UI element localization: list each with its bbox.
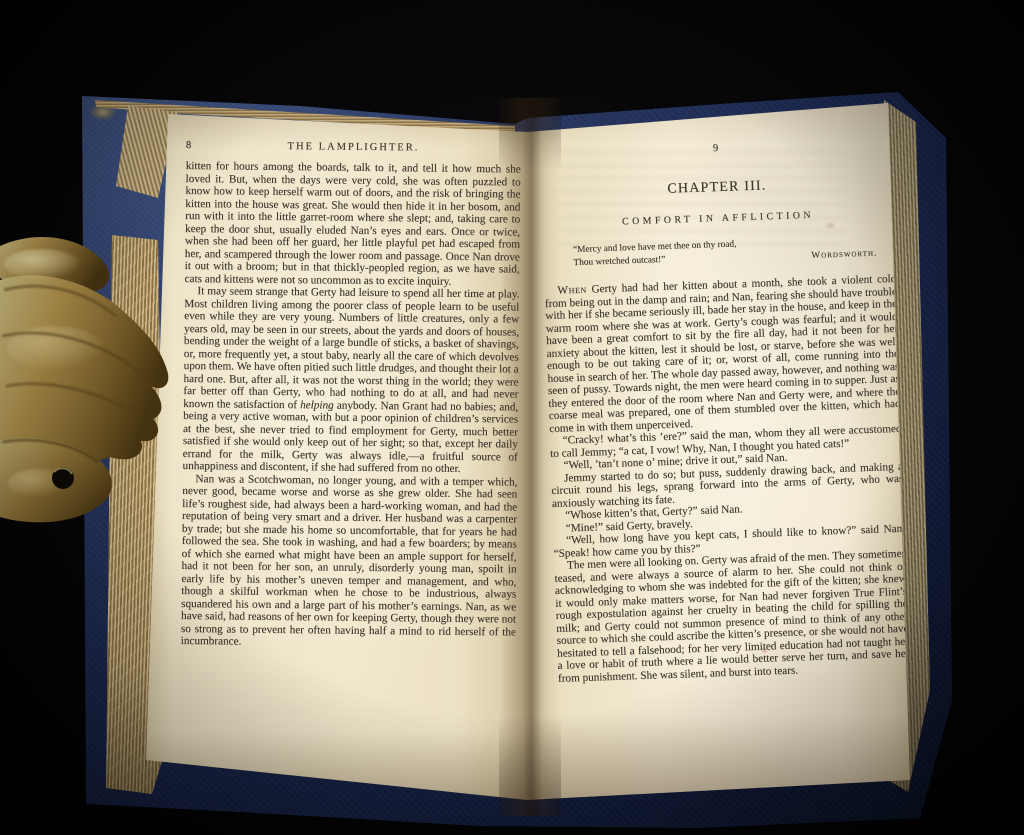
left-page-text-block: 8 THE LAMPLIGHTER. kitten for hours amon… xyxy=(181,140,521,651)
left-page-body: kitten for hours among the boards, talk … xyxy=(181,160,521,651)
chapter-subtitle: COMFORT IN AFFLICTION xyxy=(542,207,894,230)
left-page-header: 8 THE LAMPLIGHTER. xyxy=(186,140,521,155)
page-number-left: 8 xyxy=(186,140,220,151)
brass-hand-shape xyxy=(0,237,168,522)
chapter-heading: CHAPTER III. xyxy=(541,174,893,202)
paragraph: The men were all looking on. Gerty was a… xyxy=(554,548,910,685)
brass-hand-clasp xyxy=(0,228,190,548)
paragraph: When Gerty had had her kitten about a mo… xyxy=(544,273,901,435)
right-page-body: When Gerty had had her kitten about a mo… xyxy=(544,273,910,685)
book-photo-scene: 8 THE LAMPLIGHTER. kitten for hours amon… xyxy=(0,0,1024,835)
right-page: 9 CHAPTER III. COMFORT IN AFFLICTION “Me… xyxy=(527,103,910,800)
paragraph: kitten for hours among the boards, talk … xyxy=(184,160,520,289)
gutter-shadow xyxy=(499,98,561,816)
running-title: THE LAMPLIGHTER. xyxy=(220,140,487,154)
epigraph: “Mercy and love have met thee on thy roa… xyxy=(573,234,878,272)
paragraph: Nan was a Scotchwoman, no longer young, … xyxy=(181,472,518,650)
paragraph: It may seem strange that Gerty had leisu… xyxy=(183,285,520,476)
left-page: 8 THE LAMPLIGHTER. kitten for hours amon… xyxy=(146,114,527,800)
page-number-right: 9 xyxy=(539,137,891,160)
right-page-text-block: 9 CHAPTER III. COMFORT IN AFFLICTION “Me… xyxy=(539,137,909,685)
